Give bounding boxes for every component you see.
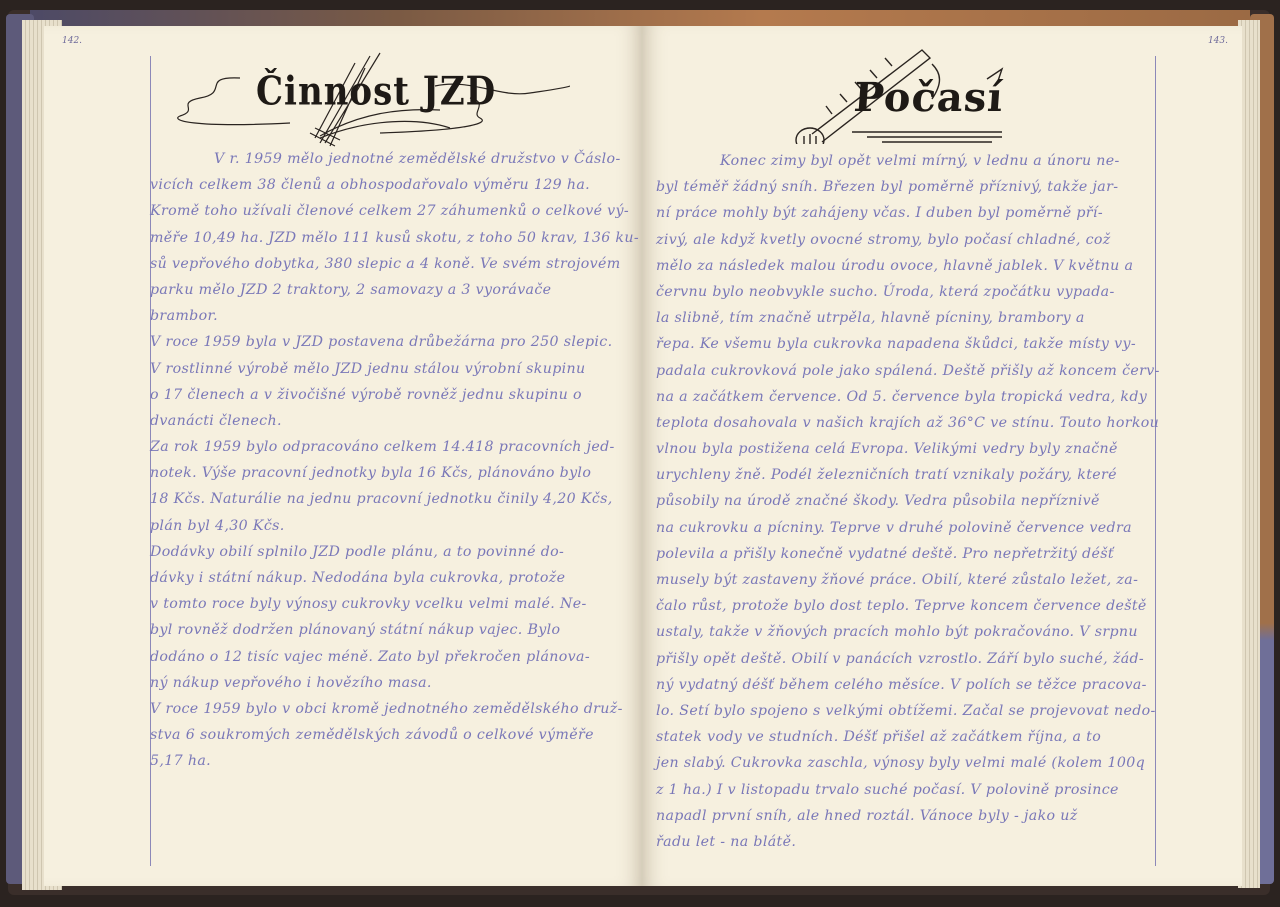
text-line: v tomto roce byly výnosy cukrovky vcelku… [150,591,635,617]
text-line: V roce 1959 bylo v obci kromě jednotného… [150,696,635,722]
text-line: zivý, ale když kvetly ovocné stromy, byl… [656,227,1151,253]
text-line: jen slabý. Cukrovka zaschla, výnosy byly… [656,750,1151,776]
text-line: ný nákup vepřového i hovězího masa. [150,670,635,696]
text-line: dávky i státní nákup. Nedodána byla cukr… [150,565,635,591]
text-line: notek. Výše pracovní jednotky byla 16 Kč… [150,460,635,486]
text-line: dodáno o 12 tisíc vajec méně. Zato byl p… [150,644,635,670]
margin-line [1155,56,1156,866]
text-line: vicích celkem 38 členů a obhospodařovalo… [150,172,635,198]
text-line: Kromě toho užívali členové celkem 27 záh… [150,198,635,224]
text-line: mělo za následek malou úrodu ovoce, hlav… [656,253,1151,279]
text-line: ustaly, takže v žňových pracích mohlo bý… [656,619,1151,645]
text-line: Za rok 1959 bylo odpracováno celkem 14.4… [150,434,635,460]
text-line: V rostlinné výrobě mělo JZD jednu stálou… [150,356,635,382]
text-line: polevila a přišly konečně vydatné deště.… [656,541,1151,567]
page-number: 143. [1208,36,1228,46]
page-heading: Počasí [852,74,1005,121]
text-line: V r. 1959 mělo jednotné zemědělské družs… [150,146,635,172]
text-line: řepa. Ke všemu byla cukrovka napadena šk… [656,331,1151,357]
text-line: vlnou byla postižena celá Evropa. Veliký… [656,436,1151,462]
right-page: 143. Počasí Konec zimy byl opět velmi mí… [642,26,1242,886]
text-line: padala cukrovková pole jako spálená. Deš… [656,358,1151,384]
text-line: V roce 1959 byla v JZD postavena drůbežá… [150,329,635,355]
text-line: čalo růst, protože bylo dost teplo. Tepr… [656,593,1151,619]
text-line: dvanácti členech. [150,408,635,434]
text-line: urychleny žně. Podél železničních tratí … [656,462,1151,488]
text-line: parku mělo JZD 2 traktory, 2 samovazy a … [150,277,635,303]
text-line: byl téměř žádný sníh. Březen byl poměrně… [656,174,1151,200]
text-line: ný vydatný déšť během celého měsíce. V p… [656,672,1151,698]
text-line: Dodávky obilí splnilo JZD podle plánu, a… [150,539,635,565]
text-line: 5,17 ha. [150,748,635,774]
text-line: působily na úrodě značné škody. Vedra pů… [656,488,1151,514]
text-line: z 1 ha.) I v listopadu trvalo suché poča… [656,777,1151,803]
page-number: 142. [62,36,82,46]
text-line: na cukrovku a pícniny. Teprve v druhé po… [656,515,1151,541]
text-line: brambor. [150,303,635,329]
text-line: Konec zimy byl opět velmi mírný, v lednu… [656,148,1151,174]
text-line: řadu let - na blátě. [656,829,1151,855]
text-line: stva 6 soukromých zemědělských závodů o … [150,722,635,748]
text-line: ní práce mohly být zahájeny včas. I dube… [656,200,1151,226]
handwritten-text: V r. 1959 mělo jednotné zemědělské družs… [150,146,635,775]
text-line: přišly opět deště. Obilí v panácích vzro… [656,646,1151,672]
text-line: la slibně, tím značně utrpěla, hlavně pí… [656,305,1151,331]
text-line: 18 Kčs. Naturálie na jednu pracovní jedn… [150,486,635,512]
text-line: statek vody ve studních. Déšť přišel až … [656,724,1151,750]
text-line: musely být zastaveny žňové práce. Obilí,… [656,567,1151,593]
left-page: 142. Činnost JZD V r. 1959 mělo jednotné… [44,26,642,886]
page-heading: Činnost JZD [256,69,496,115]
text-line: lo. Setí bylo spojeno s velkými obtížemi… [656,698,1151,724]
text-line: měře 10,49 ha. JZD mělo 111 kusů skotu, … [150,225,635,251]
text-line: byl rovněž dodržen plánovaný státní náku… [150,617,635,643]
text-line: plán byl 4,30 Kčs. [150,513,635,539]
text-line: červnu bylo neobvykle sucho. Úroda, kter… [656,279,1151,305]
text-line: o 17 členech a v živočišné výrobě rovněž… [150,382,635,408]
text-line: na a začátkem července. Od 5. července b… [656,384,1151,410]
text-line: sů vepřového dobytka, 380 slepic a 4 kon… [150,251,635,277]
text-line: teplota dosahovala v našich krajích až 3… [656,410,1151,436]
text-line: napadl první sníh, ale hned roztál. Váno… [656,803,1151,829]
handwritten-text: Konec zimy byl opět velmi mírný, v lednu… [656,148,1151,855]
